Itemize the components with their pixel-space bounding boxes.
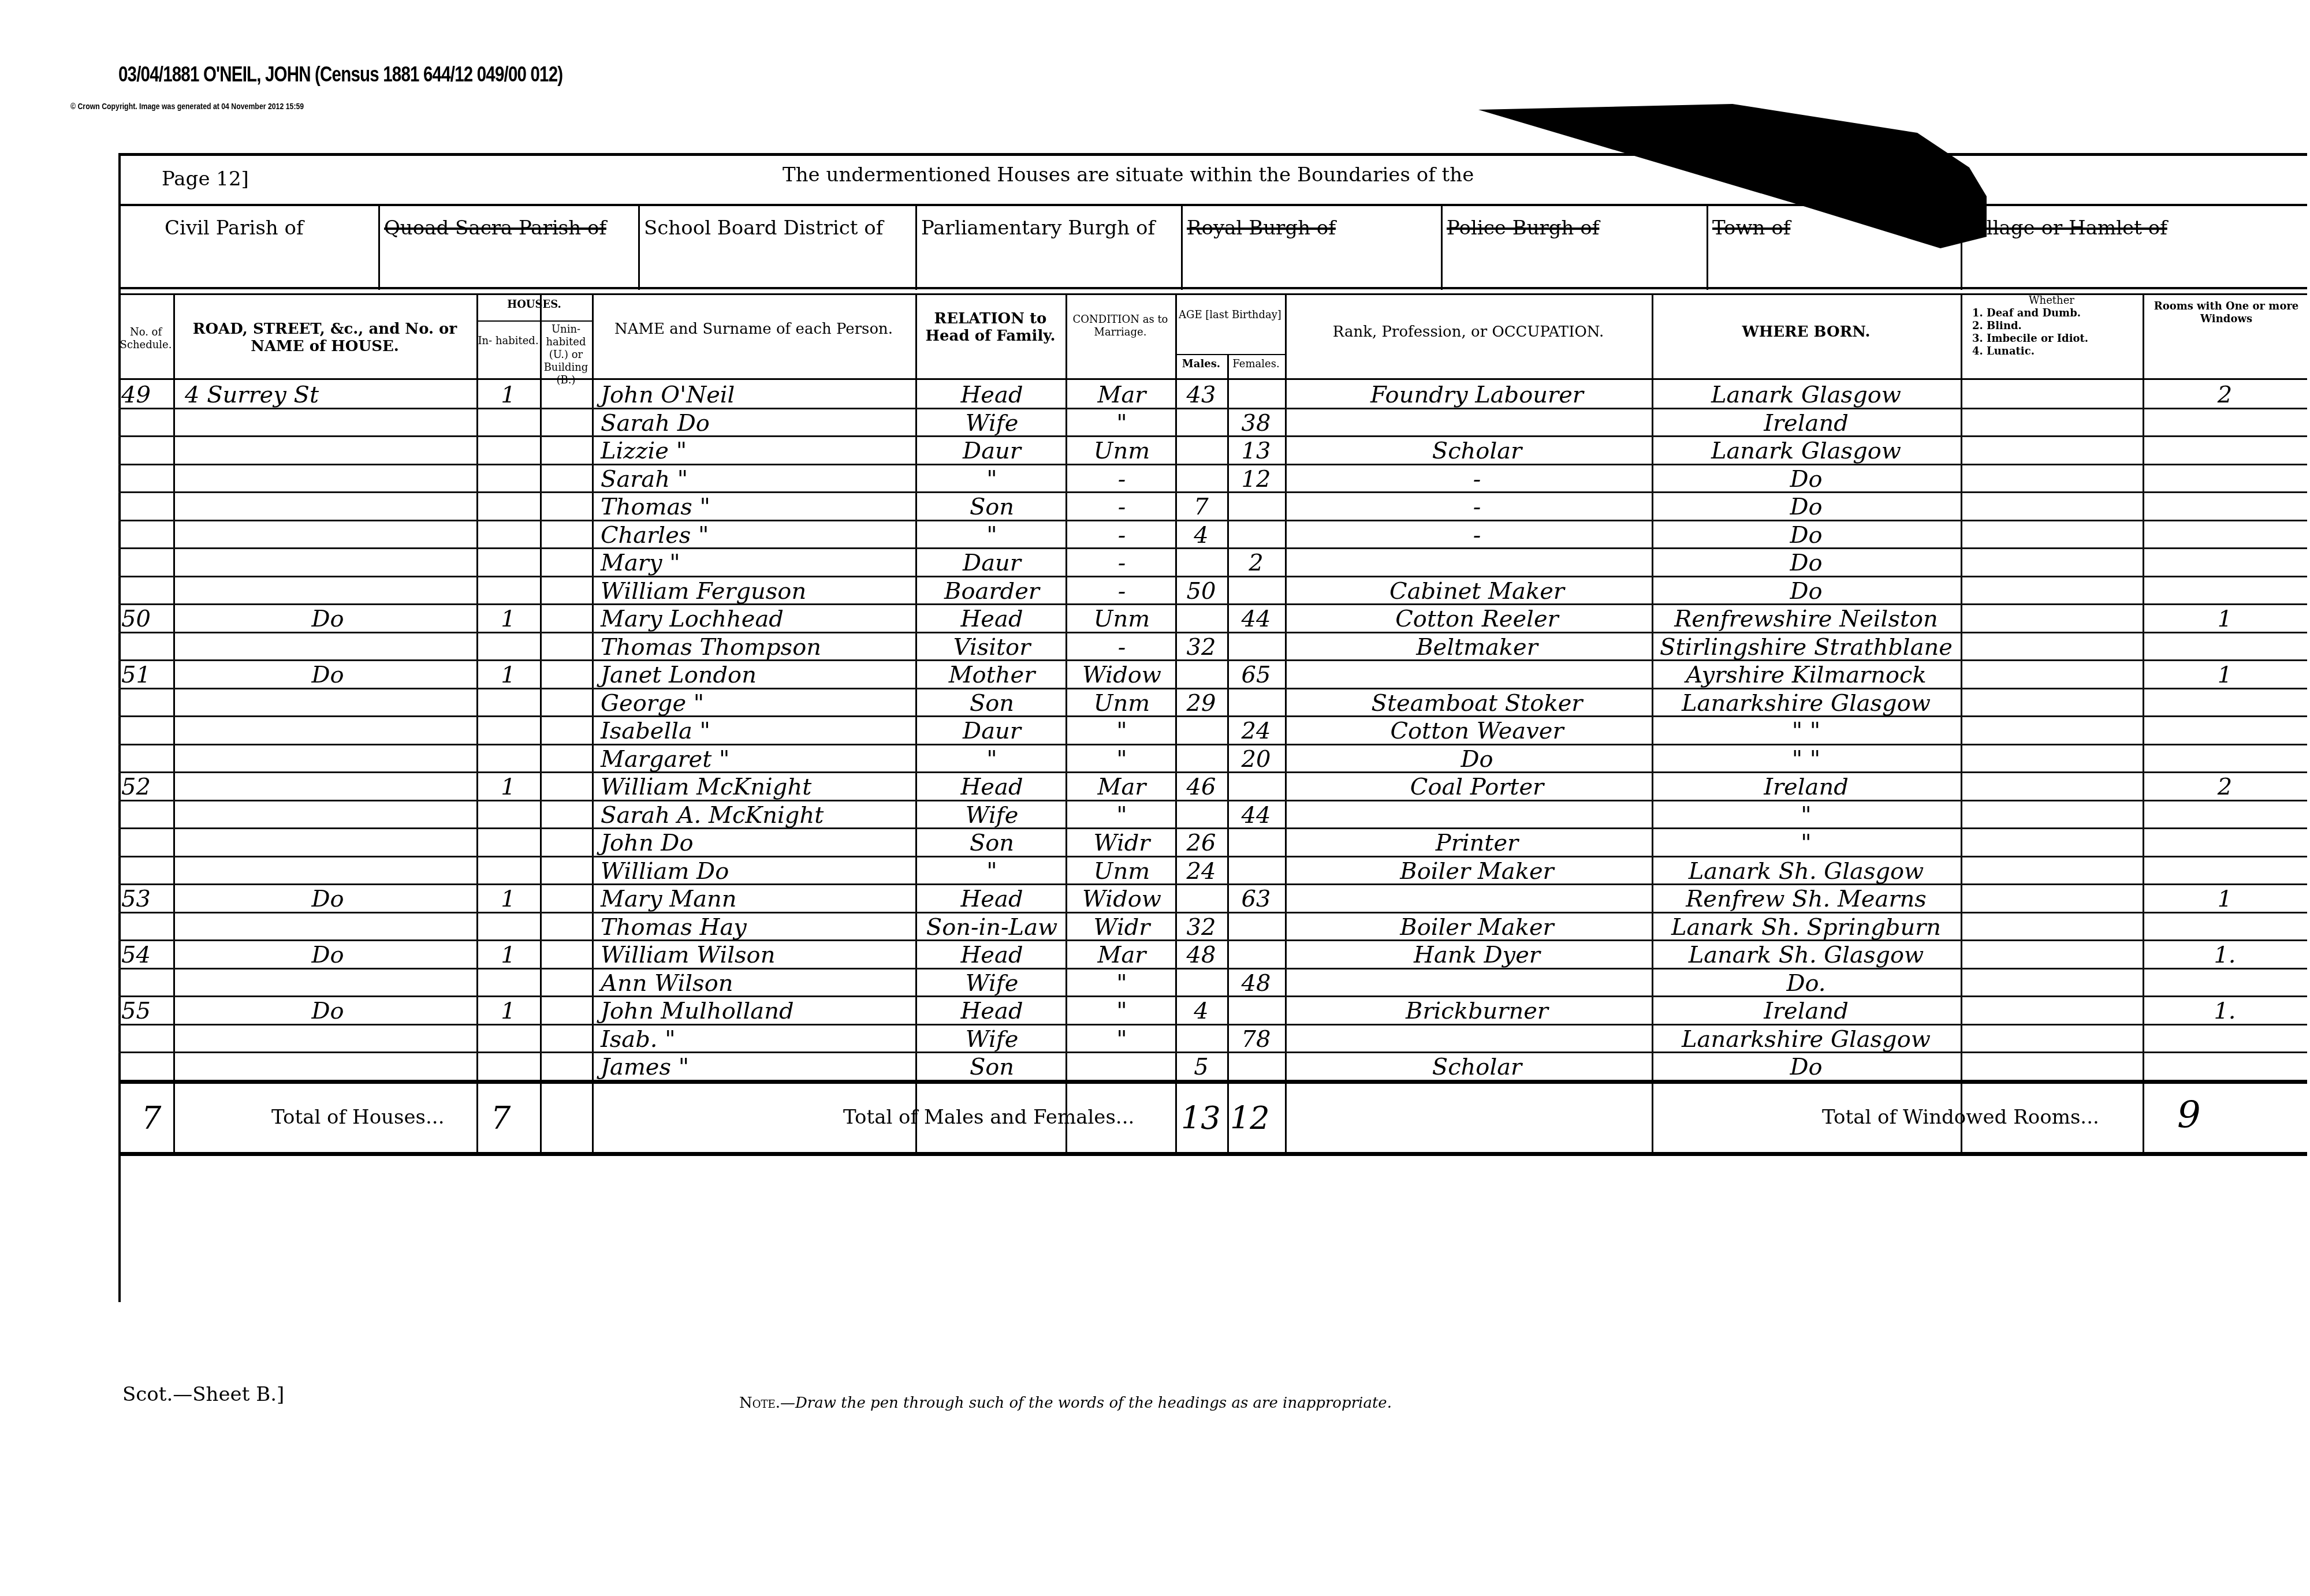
district-label: Civil Parish of: [165, 217, 304, 240]
cell-inhabited: 1: [476, 774, 540, 800]
cell-address: Do: [185, 606, 471, 632]
header-whether-list: 1. Deaf and Dumb.2. Blind.3. Imbecile or…: [1972, 307, 2134, 358]
total-rooms-value: 9: [2177, 1094, 2201, 1137]
boundaries-heading: The undermentioned Houses are situate wi…: [783, 163, 1474, 187]
district-divider: [1441, 206, 1443, 290]
cell-name: Sarah ": [601, 466, 912, 493]
cell-rooms: 1: [2143, 606, 2307, 632]
cell-female-age: 78: [1227, 1026, 1285, 1053]
cell-condition: Widr: [1071, 830, 1172, 856]
cell-male-age: 43: [1175, 382, 1227, 408]
cell-occupation: Brickburner: [1308, 998, 1646, 1024]
header-females: Females.: [1227, 358, 1285, 371]
cell-relation: Wife: [921, 970, 1063, 997]
header-inhabited: In- habited.: [476, 335, 540, 348]
cell-female-age: 38: [1227, 410, 1285, 437]
cell-name: Janet London: [601, 662, 912, 688]
cell-inhabited: 1: [476, 606, 540, 632]
table-row: 53Do1Mary MannHeadWidow63Renfrew Sh. Mea…: [118, 886, 2307, 914]
table-row: 51Do1Janet LondonMotherWidow65Ayrshire K…: [118, 662, 2307, 690]
table-row: Sarah A. McKnightWife"44": [118, 802, 2307, 830]
cell-male-age: 48: [1175, 942, 1227, 968]
cell-condition: Unm: [1071, 690, 1172, 717]
total-houses-label: Total of Houses...: [271, 1106, 444, 1129]
table-row: Margaret """20Do" ": [118, 746, 2307, 774]
whether-item: 1. Deaf and Dumb.: [1972, 307, 2134, 320]
cell-condition: ": [1071, 998, 1172, 1024]
cell-name: Isab. ": [601, 1026, 912, 1053]
cell-occupation: Cotton Reeler: [1308, 606, 1646, 632]
cell-occupation: Coal Porter: [1308, 774, 1646, 800]
cell-relation: Son: [921, 1054, 1063, 1080]
cell-female-age: 63: [1227, 886, 1285, 912]
cell-condition: ": [1071, 802, 1172, 829]
cell-relation: Son: [921, 830, 1063, 856]
note-text: Draw the pen through such of the words o…: [795, 1394, 1392, 1412]
cell-name: Charles ": [601, 522, 912, 549]
table-row: Thomas HaySon-in-LawWidr32Boiler MakerLa…: [118, 914, 2307, 942]
cell-male-age: 29: [1175, 690, 1227, 717]
table-row: Ann WilsonWife"48Do.: [118, 970, 2307, 998]
cell-name: William Wilson: [601, 942, 912, 968]
cell-rooms: 1.: [2143, 942, 2307, 968]
cell-name: Isabella ": [601, 718, 912, 744]
cell-inhabited: 1: [476, 998, 540, 1024]
header-houses: HOUSES.: [476, 299, 592, 311]
cell-condition: -: [1071, 634, 1172, 661]
table-row: Isabella "Daur"24Cotton Weaver" ": [118, 718, 2307, 746]
header-bottom-rule: [118, 378, 2307, 380]
cell-inhabited: 1: [476, 382, 540, 408]
cell-name: William Ferguson: [601, 578, 912, 605]
cell-name: Thomas Thompson: [601, 634, 912, 661]
cell-name: Sarah A. McKnight: [601, 802, 912, 829]
total-males: 13: [1181, 1100, 1221, 1136]
total-schedules: 7: [141, 1100, 161, 1136]
page-label: Page 12]: [162, 167, 249, 191]
cell-condition: Widr: [1071, 914, 1172, 941]
cell-female-age: 20: [1227, 746, 1285, 773]
header-where-born: WHERE BORN.: [1652, 323, 1961, 341]
census-sheet: Page 12] The undermentioned Houses are s…: [118, 153, 2307, 1389]
district-label: Police Burgh of: [1447, 217, 1599, 240]
cell-name: William McKnight: [601, 774, 912, 800]
cell-female-age: 65: [1227, 662, 1285, 688]
cell-schedule: 54: [121, 942, 170, 968]
cell-name: John Do: [601, 830, 912, 856]
cell-name: Mary ": [601, 550, 912, 576]
cell-relation: Wife: [921, 1026, 1063, 1053]
cell-relation: Son-in-Law: [921, 914, 1063, 941]
total-females: 12: [1230, 1100, 1270, 1136]
cell-relation: ": [921, 466, 1063, 493]
cell-condition: Widow: [1071, 886, 1172, 912]
cell-inhabited: 1: [476, 886, 540, 912]
table-row: 55Do1John MulhollandHead"4BrickburnerIre…: [118, 998, 2307, 1026]
table-row: 521William McKnightHeadMar46Coal PorterI…: [118, 774, 2307, 802]
cell-schedule: 49: [121, 382, 170, 408]
cell-rooms: 1.: [2143, 998, 2307, 1024]
cell-female-age: 13: [1227, 438, 1285, 464]
cell-occupation: Beltmaker: [1308, 634, 1646, 661]
cell-condition: ": [1071, 970, 1172, 997]
instruction-note: Note.—Draw the pen through such of the w…: [739, 1394, 1392, 1412]
table-row: Thomas ThompsonVisitor-32BeltmakerStirli…: [118, 634, 2307, 662]
cell-male-age: 4: [1175, 998, 1227, 1024]
cell-rooms: 2: [2143, 774, 2307, 800]
cell-where-born: Ireland: [1655, 774, 1958, 800]
district-label: School Board District of: [644, 217, 883, 240]
cell-relation: Daur: [921, 718, 1063, 744]
district-divider: [1961, 206, 1962, 290]
cell-relation: ": [921, 746, 1063, 773]
cell-relation: Boarder: [921, 578, 1063, 605]
table-row: 494 Surrey St1John O'NeilHeadMar43Foundr…: [118, 382, 2307, 410]
cell-where-born: Stirlingshire Strathblane: [1655, 634, 1958, 661]
header-condition: CONDITION as to Marriage.: [1065, 314, 1175, 339]
cell-where-born: Ireland: [1655, 998, 1958, 1024]
cell-address: Do: [185, 942, 471, 968]
header-rooms: Rooms with One or more Windows: [2145, 300, 2307, 326]
cell-male-age: 7: [1175, 494, 1227, 520]
cell-where-born: Lanark Sh. Glasgow: [1655, 942, 1958, 968]
table-row: William FergusonBoarder-50Cabinet MakerD…: [118, 578, 2307, 606]
cell-relation: Head: [921, 382, 1063, 408]
cell-where-born: Do: [1655, 522, 1958, 549]
cell-address: Do: [185, 662, 471, 688]
cell-where-born: Lanark Sh. Glasgow: [1655, 858, 1958, 885]
cell-condition: -: [1071, 494, 1172, 520]
header-whether: Whether: [1961, 294, 2143, 307]
cell-schedule: 55: [121, 998, 170, 1024]
cell-male-age: 32: [1175, 914, 1227, 941]
cell-male-age: 32: [1175, 634, 1227, 661]
district-label: Parliamentary Burgh of: [921, 217, 1155, 240]
cell-where-born: ": [1655, 802, 1958, 829]
body-bottom-rule: [118, 1080, 2307, 1084]
cell-relation: Mother: [921, 662, 1063, 688]
cell-name: Ann Wilson: [601, 970, 912, 997]
district-label: Royal Burgh of: [1187, 217, 1336, 240]
table-row: James "Son5ScholarDo: [118, 1054, 2307, 1082]
cell-where-born: Lanark Glasgow: [1655, 382, 1958, 408]
table-row: George "SonUnm29Steamboat StokerLanarksh…: [118, 690, 2307, 718]
cell-condition: Mar: [1071, 382, 1172, 408]
total-rooms-label: Total of Windowed Rooms...: [1822, 1106, 2099, 1129]
cell-male-age: 24: [1175, 858, 1227, 885]
copyright-notice: © Crown Copyright. Image was generated a…: [70, 102, 304, 111]
cell-where-born: Lanarkshire Glasgow: [1655, 690, 1958, 717]
cell-female-age: 44: [1227, 802, 1285, 829]
cell-occupation: Cotton Weaver: [1308, 718, 1646, 744]
district-label: Village or Hamlet of: [1966, 217, 2167, 240]
cell-condition: Mar: [1071, 774, 1172, 800]
cell-name: Mary Mann: [601, 886, 912, 912]
cell-condition: -: [1071, 522, 1172, 549]
table-row: Lizzie "DaurUnm13ScholarLanark Glasgow: [118, 438, 2307, 466]
district-divider: [1707, 206, 1708, 290]
cell-condition: Mar: [1071, 942, 1172, 968]
cell-where-born: Do: [1655, 550, 1958, 576]
cell-name: Thomas ": [601, 494, 912, 520]
totals-bottom-rule: [118, 1152, 2307, 1156]
record-title: 03/04/1881 O'NEIL, JOHN (Census 1881 644…: [118, 62, 562, 87]
sheet-label: Scot.—Sheet B.]: [122, 1383, 284, 1406]
header-occupation: Rank, Profession, or OCCUPATION.: [1285, 323, 1652, 341]
cell-condition: ": [1071, 718, 1172, 744]
cell-male-age: 46: [1175, 774, 1227, 800]
cell-occupation: Steamboat Stoker: [1308, 690, 1646, 717]
cell-relation: Daur: [921, 438, 1063, 464]
table-row: Isab. "Wife"78Lanarkshire Glasgow: [118, 1026, 2307, 1054]
cell-condition: Unm: [1071, 438, 1172, 464]
cell-relation: Head: [921, 774, 1063, 800]
cell-name: George ": [601, 690, 912, 717]
cell-name: James ": [601, 1054, 912, 1080]
cell-rooms: 2: [2143, 382, 2307, 408]
cell-rooms: 1: [2143, 662, 2307, 688]
cell-relation: Son: [921, 494, 1063, 520]
cell-occupation: Scholar: [1308, 438, 1646, 464]
cell-relation: Head: [921, 606, 1063, 632]
cell-relation: Wife: [921, 410, 1063, 437]
cell-female-age: 44: [1227, 606, 1285, 632]
cell-relation: Visitor: [921, 634, 1063, 661]
district-label: Town of: [1712, 217, 1790, 240]
cell-where-born: Renfrewshire Neilston: [1655, 606, 1958, 632]
whether-item: 3. Imbecile or Idiot.: [1972, 333, 2134, 345]
header-age: AGE [last Birthday]: [1175, 309, 1285, 322]
cell-address: Do: [185, 886, 471, 912]
cell-female-age: 2: [1227, 550, 1285, 576]
cell-occupation: -: [1308, 494, 1646, 520]
cell-where-born: " ": [1655, 718, 1958, 744]
cell-where-born: Lanark Sh. Springburn: [1655, 914, 1958, 941]
table-row: Charles ""-4-Do: [118, 522, 2307, 550]
table-row: Mary "Daur-2Do: [118, 550, 2307, 578]
cell-condition: -: [1071, 466, 1172, 493]
cell-where-born: Ayrshire Kilmarnock: [1655, 662, 1958, 688]
cell-relation: Head: [921, 886, 1063, 912]
header-name: NAME and Surname of each Person.: [603, 320, 904, 338]
cell-where-born: Renfrew Sh. Mearns: [1655, 886, 1958, 912]
cell-occupation: -: [1308, 466, 1646, 493]
total-houses-value: 7: [491, 1100, 511, 1136]
table-row: 54Do1William WilsonHeadMar48Hank DyerLan…: [118, 942, 2307, 970]
cell-where-born: Ireland: [1655, 410, 1958, 437]
cell-name: John Mulholland: [601, 998, 912, 1024]
header-males: Males.: [1175, 358, 1227, 371]
header-relation: RELATION to Head of Family.: [921, 310, 1060, 345]
cell-address: Do: [185, 998, 471, 1024]
cell-occupation: Boiler Maker: [1308, 914, 1646, 941]
cell-occupation: Do: [1308, 746, 1646, 773]
cell-condition: Unm: [1071, 858, 1172, 885]
cell-name: Mary Lochhead: [601, 606, 912, 632]
cell-where-born: Do: [1655, 578, 1958, 605]
cell-condition: ": [1071, 1026, 1172, 1053]
table-row: Sarah DoWife"38Ireland: [118, 410, 2307, 438]
cell-male-age: 4: [1175, 522, 1227, 549]
cell-address: 4 Surrey St: [185, 382, 471, 408]
cell-relation: ": [921, 522, 1063, 549]
cell-occupation: Cabinet Maker: [1308, 578, 1646, 605]
district-divider: [915, 206, 917, 290]
note-prefix: Note.—: [739, 1394, 795, 1412]
cell-occupation: -: [1308, 522, 1646, 549]
cell-condition: -: [1071, 550, 1172, 576]
cell-condition: ": [1071, 746, 1172, 773]
cell-name: John O'Neil: [601, 382, 912, 408]
cell-where-born: Do: [1655, 1054, 1958, 1080]
cell-condition: Widow: [1071, 662, 1172, 688]
cell-relation: Daur: [921, 550, 1063, 576]
cell-schedule: 50: [121, 606, 170, 632]
table-row: 50Do1Mary LochheadHeadUnm44Cotton Reeler…: [118, 606, 2307, 634]
cell-female-age: 12: [1227, 466, 1285, 493]
table-row: Sarah ""-12-Do: [118, 466, 2307, 494]
table-row: Thomas "Son-7-Do: [118, 494, 2307, 522]
cell-inhabited: 1: [476, 942, 540, 968]
header-schedule: No. of Schedule.: [118, 326, 173, 352]
cell-relation: Wife: [921, 802, 1063, 829]
cell-where-born: Do.: [1655, 970, 1958, 997]
cell-where-born: Lanarkshire Glasgow: [1655, 1026, 1958, 1053]
header-uninhabited: Unin- habited (U.) or Building (B.): [540, 323, 592, 387]
cell-condition: -: [1071, 578, 1172, 605]
cell-name: Thomas Hay: [601, 914, 912, 941]
cell-rooms: 1: [2143, 886, 2307, 912]
age-underline: [1175, 354, 1285, 355]
cell-inhabited: 1: [476, 662, 540, 688]
whether-item: 4. Lunatic.: [1972, 345, 2134, 358]
header-address: ROAD, STREET, &c., and No. or NAME of HO…: [176, 320, 474, 355]
cell-relation: Head: [921, 998, 1063, 1024]
cell-relation: Son: [921, 690, 1063, 717]
total-persons-label: Total of Males and Females...: [843, 1106, 1134, 1129]
cell-name: William Do: [601, 858, 912, 885]
table-row: William Do"Unm24Boiler MakerLanark Sh. G…: [118, 858, 2307, 886]
cell-schedule: 52: [121, 774, 170, 800]
cell-where-born: ": [1655, 830, 1958, 856]
cell-relation: Head: [921, 942, 1063, 968]
whether-item: 2. Blind.: [1972, 320, 2134, 333]
district-divider: [1181, 206, 1183, 290]
cell-condition: ": [1071, 410, 1172, 437]
cell-male-age: 50: [1175, 578, 1227, 605]
cell-schedule: 53: [121, 886, 170, 912]
cell-occupation: Printer: [1308, 830, 1646, 856]
cell-relation: ": [921, 858, 1063, 885]
district-label: Quoad Sacra Parish of: [384, 217, 606, 240]
cell-where-born: " ": [1655, 746, 1958, 773]
cell-occupation: Hank Dyer: [1308, 942, 1646, 968]
houses-underline: [476, 320, 592, 322]
cell-where-born: Do: [1655, 466, 1958, 493]
cell-name: Sarah Do: [601, 410, 912, 437]
cell-female-age: 48: [1227, 970, 1285, 997]
cell-occupation: Boiler Maker: [1308, 858, 1646, 885]
cell-name: Lizzie ": [601, 438, 912, 464]
table-row: John DoSonWidr26Printer": [118, 830, 2307, 858]
cell-female-age: 24: [1227, 718, 1285, 744]
cell-male-age: 26: [1175, 830, 1227, 856]
district-divider: [638, 206, 640, 290]
cell-condition: Unm: [1071, 606, 1172, 632]
cell-where-born: Lanark Glasgow: [1655, 438, 1958, 464]
cell-occupation: Scholar: [1308, 1054, 1646, 1080]
district-divider: [378, 206, 380, 290]
cell-schedule: 51: [121, 662, 170, 688]
cell-where-born: Do: [1655, 494, 1958, 520]
cell-male-age: 5: [1175, 1054, 1227, 1080]
cell-name: Margaret ": [601, 746, 912, 773]
cell-occupation: Foundry Labourer: [1308, 382, 1646, 408]
